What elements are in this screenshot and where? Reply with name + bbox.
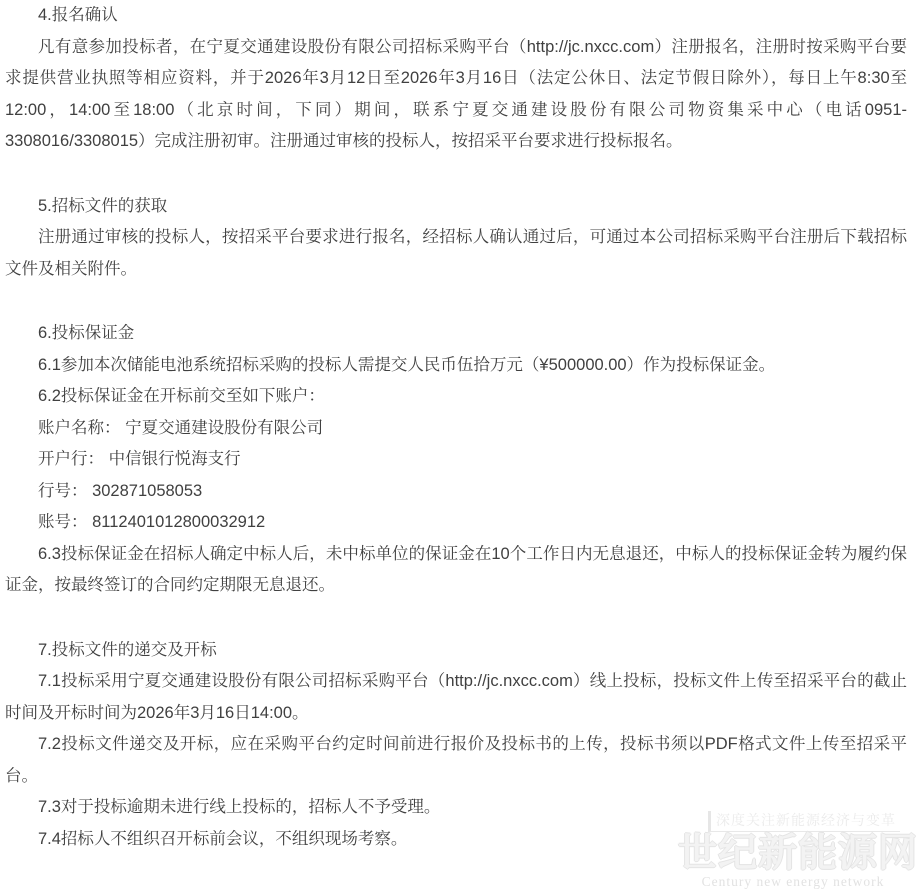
paragraph: 7.3对于投标逾期未进行线上投标的，招标人不予受理。 xyxy=(5,792,907,824)
section-paragraphs: 凡有意参加投标者，在宁夏交通建设股份有限公司招标采购平台（http://jc.n… xyxy=(5,32,907,158)
paragraph: 行号： 302871058053 xyxy=(5,476,907,508)
section-heading: 7.投标文件的递交及开标 xyxy=(5,635,907,667)
document-section: 5.招标文件的获取 注册通过审核的投标人，按招采平台要求进行报名，经招标人确认通… xyxy=(5,191,907,286)
section-heading: 6.投标保证金 xyxy=(5,318,907,350)
paragraph: 账号： 8112401012800032912 xyxy=(5,507,907,539)
document-body: 4.报名确认 凡有意参加投标者，在宁夏交通建设股份有限公司招标采购平台（http… xyxy=(0,0,916,855)
paragraph: 注册通过审核的投标人，按招采平台要求进行报名，经招标人确认通过后，可通过本公司招… xyxy=(5,222,907,285)
paragraph: 7.4招标人不组织召开标前会议，不组织现场考察。 xyxy=(5,824,907,856)
document-section: 4.报名确认 凡有意参加投标者，在宁夏交通建设股份有限公司招标采购平台（http… xyxy=(5,0,907,158)
paragraph: 凡有意参加投标者，在宁夏交通建设股份有限公司招标采购平台（http://jc.n… xyxy=(5,32,907,158)
paragraph: 7.2投标文件递交及开标，应在采购平台约定时间前进行报价及投标书的上传，投标书须… xyxy=(5,729,907,792)
watermark-subtitle: Century new energy network xyxy=(678,874,908,889)
section-heading: 5.招标文件的获取 xyxy=(5,191,907,223)
section-paragraphs: 6.1参加本次储能电池系统招标采购的投标人需提交人民币伍拾万元（¥500000.… xyxy=(5,350,907,602)
section-paragraphs: 注册通过审核的投标人，按招采平台要求进行报名，经招标人确认通过后，可通过本公司招… xyxy=(5,222,907,285)
paragraph: 7.1投标采用宁夏交通建设股份有限公司招标采购平台（http://jc.nxcc… xyxy=(5,666,907,729)
section-heading: 4.报名确认 xyxy=(5,0,907,32)
paragraph: 开户行： 中信银行悦海支行 xyxy=(5,444,907,476)
document-section: 7.投标文件的递交及开标 7.1投标采用宁夏交通建设股份有限公司招标采购平台（h… xyxy=(5,635,907,856)
paragraph: 6.1参加本次储能电池系统招标采购的投标人需提交人民币伍拾万元（¥500000.… xyxy=(5,350,907,382)
document-section: 6.投标保证金 6.1参加本次储能电池系统招标采购的投标人需提交人民币伍拾万元（… xyxy=(5,318,907,602)
section-paragraphs: 7.1投标采用宁夏交通建设股份有限公司招标采购平台（http://jc.nxcc… xyxy=(5,666,907,855)
paragraph: 6.3投标保证金在招标人确定中标人后，未中标单位的保证金在10个工作日内无息退还… xyxy=(5,539,907,602)
paragraph: 6.2投标保证金在开标前交至如下账户： xyxy=(5,381,907,413)
paragraph: 账户名称： 宁夏交通建设股份有限公司 xyxy=(5,413,907,445)
